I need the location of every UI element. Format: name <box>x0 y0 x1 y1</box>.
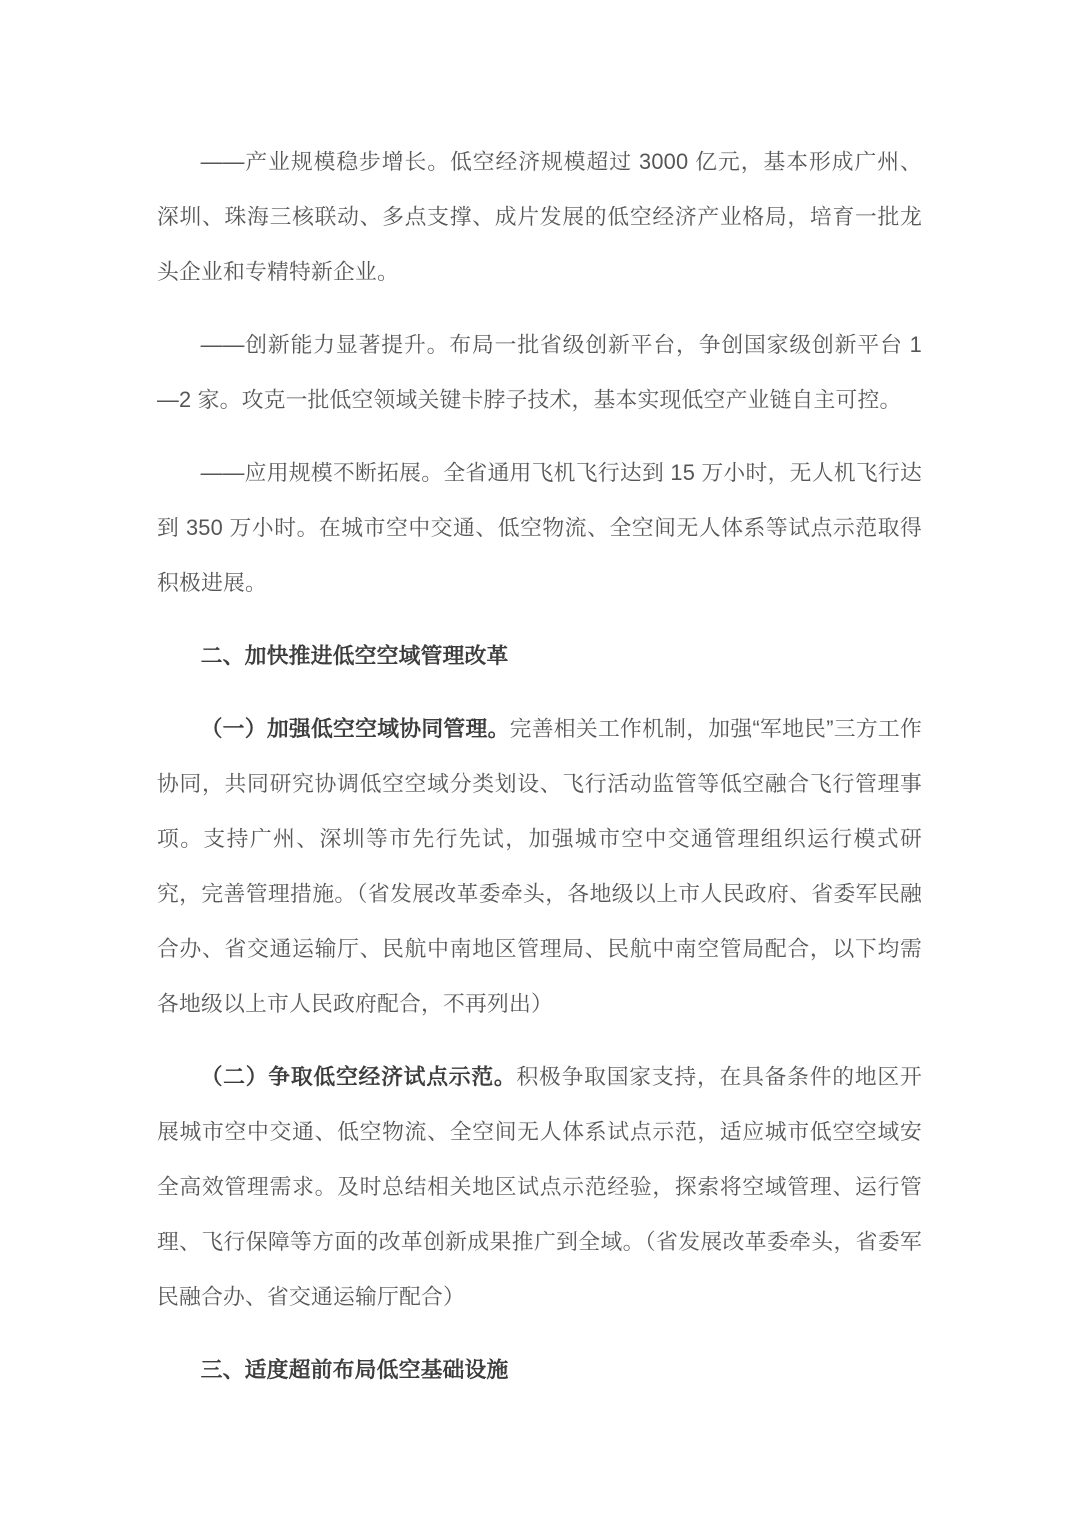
paragraph: （二）争取低空经济试点示范。积极争取国家支持，在具备条件的地区开展城市空中交通、… <box>157 1049 922 1324</box>
document-body: ——产业规模稳步增长。低空经济规模超过 3000 亿元，基本形成广州、深圳、珠海… <box>0 0 1080 1397</box>
paragraph-text: ——创新能力显著提升。布局一批省级创新平台，争创国家级创新平台 1—2 家。攻克… <box>157 332 922 412</box>
heading-text: 三、适度超前布局低空基础设施 <box>201 1357 509 1382</box>
paragraph-lead: （一）加强低空空域协同管理。 <box>201 716 510 741</box>
paragraph-text: ——应用规模不断拓展。全省通用飞机飞行达到 15 万小时，无人机飞行达到 350… <box>157 460 922 595</box>
paragraph-text: 完善相关工作机制，加强“军地民”三方工作协同，共同研究协调低空空域分类划设、飞行… <box>157 716 922 1016</box>
section-heading: 三、适度超前布局低空基础设施 <box>157 1342 922 1397</box>
paragraph-text: ——产业规模稳步增长。低空经济规模超过 3000 亿元，基本形成广州、深圳、珠海… <box>157 149 922 284</box>
paragraph: ——创新能力显著提升。布局一批省级创新平台，争创国家级创新平台 1—2 家。攻克… <box>157 317 922 427</box>
heading-text: 二、加快推进低空空域管理改革 <box>201 643 509 668</box>
paragraph-text: 积极争取国家支持，在具备条件的地区开展城市空中交通、低空物流、全空间无人体系试点… <box>157 1064 922 1309</box>
paragraph: ——应用规模不断拓展。全省通用飞机飞行达到 15 万小时，无人机飞行达到 350… <box>157 445 922 610</box>
paragraph: ——产业规模稳步增长。低空经济规模超过 3000 亿元，基本形成广州、深圳、珠海… <box>157 134 922 299</box>
paragraph-lead: （二）争取低空经济试点示范。 <box>201 1064 517 1089</box>
document-page: ——产业规模稳步增长。低空经济规模超过 3000 亿元，基本形成广州、深圳、珠海… <box>0 0 1080 1527</box>
section-heading: 二、加快推进低空空域管理改革 <box>157 628 922 683</box>
paragraph: （一）加强低空空域协同管理。完善相关工作机制，加强“军地民”三方工作协同，共同研… <box>157 701 922 1031</box>
